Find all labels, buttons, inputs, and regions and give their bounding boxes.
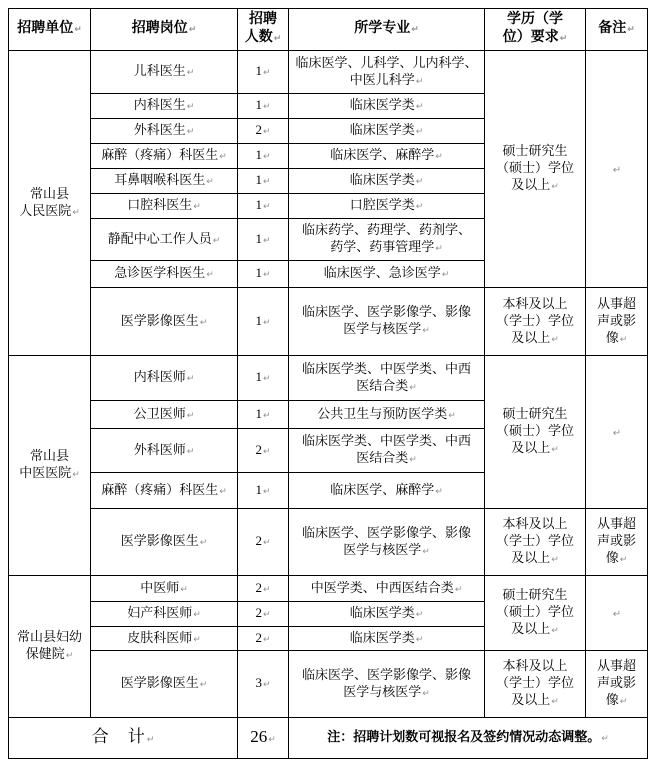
paragraph-mark-icon: ↵ (187, 127, 195, 137)
paragraph-mark-icon: ↵ (263, 318, 271, 328)
cell-text: 中医学类、中西医结合类 (311, 580, 454, 595)
cell-count: 2↵ (238, 627, 289, 651)
cell-note: 从事超 声或影 像↵ (586, 509, 648, 576)
cell-text: 医学影像医生 (121, 533, 199, 548)
table-row: 医学影像医生↵ 2↵ 临床医学、医学影像学、影像 医学与核医学↵ 本科及以上 （… (9, 509, 648, 576)
paragraph-mark-icon: ↵ (455, 585, 463, 595)
cell-position: 儿科医生↵ (91, 51, 238, 94)
paragraph-mark-icon: ↵ (263, 635, 271, 645)
paragraph-mark-icon: ↵ (263, 202, 271, 212)
cell-text: 1 (255, 172, 262, 187)
paragraph-mark-icon: ↵ (187, 102, 195, 112)
cell-text: 2 (255, 533, 262, 548)
cell-text: 1 (255, 369, 262, 384)
cell-text: 口腔医学类 (350, 197, 415, 212)
cell-note: 从事超 声或影 像↵ (586, 288, 648, 356)
cell-count: 2↵ (238, 119, 289, 144)
cell-position: 皮肤科医师↵ (91, 627, 238, 651)
cell-position: 外科医生↵ (91, 119, 238, 144)
cell-position: 口腔科医生↵ (91, 194, 238, 219)
cell-text: 临床医学、儿科学、儿内科学、 中医儿科学 (295, 55, 477, 87)
paragraph-mark-icon: ↵ (206, 177, 214, 187)
cell-text: 1 (255, 313, 262, 328)
paragraph-mark-icon: ↵ (263, 68, 271, 78)
header-row: 招聘单位↵ 招聘岗位↵ 招聘 人数↵ 所学专业↵ 学历（学 位）要求↵ 备注↵ (9, 9, 648, 51)
cell-major: 临床药学、药理学、药剂学、 药学、药事管理学↵ (289, 219, 485, 261)
paragraph-mark-icon: ↵ (268, 735, 276, 745)
paragraph-mark-icon: ↵ (200, 680, 208, 690)
cell-text: 临床医学、急诊医学 (324, 265, 441, 280)
cell-major: 临床医学类↵ (289, 602, 485, 627)
cell-major: 口腔医学类↵ (289, 194, 485, 219)
cell-count: 1↵ (238, 401, 289, 429)
paragraph-mark-icon: ↵ (200, 318, 208, 328)
cell-position: 内科医师↵ (91, 356, 238, 401)
paragraph-mark-icon: ↵ (601, 734, 609, 744)
cell-major: 临床医学、医学影像学、影像 医学与核医学↵ (289, 651, 485, 718)
header-note: 备注↵ (586, 9, 648, 51)
cell-major: 临床医学、医学影像学、影像 医学与核医学↵ (289, 288, 485, 356)
paragraph-mark-icon: ↵ (620, 555, 628, 565)
paragraph-mark-icon: ↵ (627, 25, 635, 35)
paragraph-mark-icon: ↵ (551, 626, 559, 636)
paragraph-mark-icon: ↵ (551, 697, 559, 707)
cell-text: 2 (255, 630, 262, 645)
paragraph-mark-icon: ↵ (189, 25, 197, 35)
cell-text: 合 计 (92, 727, 146, 746)
paragraph-mark-icon: ↵ (620, 697, 628, 707)
cell-text: 2 (255, 122, 262, 137)
cell-major: 临床医学类、中医学类、中西 医结合类↵ (289, 356, 485, 401)
cell-text: 硕士研究生 （硕士）学位 及以上 (496, 406, 574, 455)
paragraph-mark-icon: ↵ (193, 610, 201, 620)
cell-text: 从事超 声或影 像 (597, 658, 636, 707)
cell-count: 1↵ (238, 356, 289, 401)
document-page: 招聘单位↵ 招聘岗位↵ 招聘 人数↵ 所学专业↵ 学历（学 位）要求↵ 备注↵ … (0, 0, 653, 759)
header-education: 学历（学 位）要求↵ (485, 9, 586, 51)
paragraph-mark-icon: ↵ (409, 455, 417, 465)
paragraph-mark-icon: ↵ (560, 34, 568, 44)
paragraph-mark-icon: ↵ (263, 447, 271, 457)
cell-text: 1 (255, 406, 262, 421)
paragraph-mark-icon: ↵ (613, 428, 621, 439)
cell-position: 妇产科医师↵ (91, 602, 238, 627)
paragraph-mark-icon: ↵ (448, 411, 456, 421)
paragraph-mark-icon: ↵ (422, 547, 430, 557)
paragraph-mark-icon: ↵ (187, 447, 195, 457)
paragraph-mark-icon: ↵ (187, 411, 195, 421)
paragraph-mark-icon: ↵ (180, 585, 188, 595)
cell-unit: 常山县 人民医院↵ (9, 51, 91, 356)
cell-text: 常山县 人民医院 (19, 186, 71, 218)
cell-note: ↵ (586, 576, 648, 651)
cell-text: 1 (255, 265, 262, 280)
cell-text: 医学影像医生 (121, 313, 199, 328)
table-row: 常山县 人民医院↵ 儿科医生↵ 1↵ 临床医学、儿科学、儿内科学、 中医儿科学↵… (9, 51, 648, 94)
cell-text: 26 (250, 727, 267, 746)
paragraph-mark-icon: ↵ (263, 610, 271, 620)
total-count-cell: 26↵ (238, 718, 289, 759)
header-text: 学历（学 位）要求 (503, 12, 563, 45)
paragraph-mark-icon: ↵ (435, 487, 443, 497)
paragraph-mark-icon: ↵ (206, 270, 214, 280)
cell-position: 急诊医学科医生↵ (91, 261, 238, 288)
paragraph-mark-icon: ↵ (409, 383, 417, 393)
paragraph-mark-icon: ↵ (435, 152, 443, 162)
cell-major: 临床医学、麻醉学↵ (289, 144, 485, 169)
cell-text: 内科医师 (134, 369, 186, 384)
cell-text: 本科及以上 （学士）学位 及以上 (496, 658, 574, 707)
cell-text: 临床医学、医学影像学、影像 医学与核医学 (302, 525, 471, 557)
cell-major: 临床医学类↵ (289, 119, 485, 144)
paragraph-mark-icon: ↵ (66, 651, 74, 661)
cell-major: 临床医学类↵ (289, 627, 485, 651)
cell-education: 硕士研究生 （硕士）学位 及以上↵ (485, 356, 586, 509)
paragraph-mark-icon: ↵ (422, 689, 430, 699)
cell-position: 中医师↵ (91, 576, 238, 602)
paragraph-mark-icon: ↵ (613, 165, 621, 176)
cell-position: 麻醉（疼痛）科医生↵ (91, 473, 238, 509)
paragraph-mark-icon: ↵ (613, 609, 621, 620)
paragraph-mark-icon: ↵ (187, 374, 195, 384)
paragraph-mark-icon: ↵ (187, 68, 195, 78)
paragraph-mark-icon: ↵ (435, 244, 443, 254)
paragraph-mark-icon: ↵ (551, 335, 559, 345)
paragraph-mark-icon: ↵ (416, 635, 424, 645)
cell-text: 妇产科医师 (127, 605, 192, 620)
cell-major: 临床医学、急诊医学↵ (289, 261, 485, 288)
cell-education: 硕士研究生 （硕士）学位 及以上↵ (485, 51, 586, 288)
paragraph-mark-icon: ↵ (411, 25, 419, 35)
paragraph-mark-icon: ↵ (263, 680, 271, 690)
cell-count: 1↵ (238, 194, 289, 219)
paragraph-mark-icon: ↵ (263, 487, 271, 497)
cell-count: 1↵ (238, 169, 289, 194)
cell-text: 临床药学、药理学、药剂学、 药学、药事管理学 (302, 222, 471, 254)
paragraph-mark-icon: ↵ (263, 374, 271, 384)
cell-text: 临床医学、麻醉学 (330, 147, 434, 162)
cell-text: 常山县 中医医院 (19, 448, 71, 480)
paragraph-mark-icon: ↵ (416, 102, 424, 112)
paragraph-mark-icon: ↵ (263, 102, 271, 112)
cell-major: 临床医学类↵ (289, 94, 485, 119)
cell-education: 硕士研究生 （硕士）学位 及以上↵ (485, 576, 586, 651)
paragraph-mark-icon: ↵ (219, 487, 227, 497)
cell-text: 临床医学类 (350, 172, 415, 187)
cell-text: 儿科医生 (134, 63, 186, 78)
header-count: 招聘 人数↵ (238, 9, 289, 51)
cell-text: 内科医生 (134, 97, 186, 112)
cell-text: 2 (255, 442, 262, 457)
cell-text: 从事超 声或影 像 (597, 516, 636, 565)
header-position: 招聘岗位↵ (91, 9, 238, 51)
cell-text: 静配中心工作人员 (108, 231, 212, 246)
total-label-cell: 合 计↵ (9, 718, 238, 759)
cell-position: 医学影像医生↵ (91, 651, 238, 718)
header-text: 招聘 人数 (245, 12, 277, 45)
cell-text: 口腔科医生 (127, 197, 192, 212)
cell-unit: 常山县妇幼 保健院↵ (9, 576, 91, 718)
header-text: 招聘单位 (17, 21, 73, 36)
cell-major: 临床医学、儿科学、儿内科学、 中医儿科学↵ (289, 51, 485, 94)
paragraph-mark-icon: ↵ (72, 208, 80, 218)
table-row: 医学影像医生↵ 1↵ 临床医学、医学影像学、影像 医学与核医学↵ 本科及以上 （… (9, 288, 648, 356)
cell-text: 外科医师 (134, 442, 186, 457)
paragraph-mark-icon: ↵ (193, 635, 201, 645)
cell-text: 1 (255, 97, 262, 112)
cell-text: 外科医生 (134, 122, 186, 137)
paragraph-mark-icon: ↵ (416, 77, 424, 87)
paragraph-mark-icon: ↵ (263, 270, 271, 280)
paragraph-mark-icon: ↵ (274, 34, 282, 44)
cell-count: 1↵ (238, 144, 289, 169)
cell-text: 临床医学、医学影像学、影像 医学与核医学 (302, 304, 471, 336)
cell-text: 急诊医学科医生 (114, 265, 205, 280)
cell-text: 本科及以上 （学士）学位 及以上 (496, 296, 574, 345)
cell-text: 2 (255, 605, 262, 620)
paragraph-mark-icon: ↵ (416, 127, 424, 137)
paragraph-mark-icon: ↵ (551, 555, 559, 565)
total-row: 合 计↵ 26↵ 注：招聘计划数可视报名及签约情况动态调整。↵ (9, 718, 648, 759)
table-row: 常山县妇幼 保健院↵ 中医师↵ 2↵ 中医学类、中西医结合类↵ 硕士研究生 （硕… (9, 576, 648, 602)
paragraph-mark-icon: ↵ (219, 152, 227, 162)
cell-major: 中医学类、中西医结合类↵ (289, 576, 485, 602)
cell-position: 耳鼻咽喉科医生↵ (91, 169, 238, 194)
cell-count: 1↵ (238, 288, 289, 356)
paragraph-mark-icon: ↵ (416, 177, 424, 187)
cell-text: 注：招聘计划数可视报名及签约情况动态调整。 (327, 729, 600, 744)
cell-unit: 常山县 中医医院↵ (9, 356, 91, 576)
cell-text: 临床医学、麻醉学 (330, 482, 434, 497)
header-text: 备注 (598, 21, 626, 36)
cell-text: 2 (255, 580, 262, 595)
cell-text: 临床医学、医学影像学、影像 医学与核医学 (302, 667, 471, 699)
paragraph-mark-icon: ↵ (74, 25, 82, 35)
cell-position: 外科医师↵ (91, 429, 238, 473)
cell-count: 3↵ (238, 651, 289, 718)
header-text: 所学专业 (354, 21, 410, 36)
cell-major: 临床医学、麻醉学↵ (289, 473, 485, 509)
paragraph-mark-icon: ↵ (263, 127, 271, 137)
recruitment-table: 招聘单位↵ 招聘岗位↵ 招聘 人数↵ 所学专业↵ 学历（学 位）要求↵ 备注↵ … (8, 8, 648, 759)
cell-position: 麻醉（疼痛）科医生↵ (91, 144, 238, 169)
cell-position: 内科医生↵ (91, 94, 238, 119)
table-row: 常山县 中医医院↵ 内科医师↵ 1↵ 临床医学类、中医学类、中西 医结合类↵ 硕… (9, 356, 648, 401)
paragraph-mark-icon: ↵ (416, 610, 424, 620)
paragraph-mark-icon: ↵ (72, 470, 80, 480)
cell-position: 公卫医师↵ (91, 401, 238, 429)
cell-text: 医学影像医生 (121, 675, 199, 690)
paragraph-mark-icon: ↵ (442, 270, 450, 280)
cell-text: 中医师 (140, 580, 179, 595)
cell-count: 2↵ (238, 509, 289, 576)
header-text: 招聘岗位 (132, 21, 188, 36)
cell-note: ↵ (586, 356, 648, 509)
paragraph-mark-icon: ↵ (200, 538, 208, 548)
cell-text: 3 (255, 675, 262, 690)
cell-text: 公共卫生与预防医学类 (317, 406, 447, 421)
cell-text: 临床医学类 (350, 97, 415, 112)
cell-text: 1 (255, 231, 262, 246)
table-row: 医学影像医生↵ 3↵ 临床医学、医学影像学、影像 医学与核医学↵ 本科及以上 （… (9, 651, 648, 718)
cell-count: 1↵ (238, 51, 289, 94)
header-unit: 招聘单位↵ (9, 9, 91, 51)
cell-count: 1↵ (238, 219, 289, 261)
cell-count: 1↵ (238, 473, 289, 509)
cell-major: 公共卫生与预防医学类↵ (289, 401, 485, 429)
cell-text: 皮肤科医师 (127, 630, 192, 645)
cell-note: 从事超 声或影 像↵ (586, 651, 648, 718)
paragraph-mark-icon: ↵ (263, 411, 271, 421)
cell-text: 临床医学类 (350, 630, 415, 645)
cell-text: 本科及以上 （学士）学位 及以上 (496, 516, 574, 565)
cell-text: 1 (255, 482, 262, 497)
cell-text: 1 (255, 197, 262, 212)
cell-count: 2↵ (238, 429, 289, 473)
cell-position: 静配中心工作人员↵ (91, 219, 238, 261)
paragraph-mark-icon: ↵ (551, 182, 559, 192)
paragraph-mark-icon: ↵ (147, 735, 155, 745)
paragraph-mark-icon: ↵ (551, 445, 559, 455)
paragraph-mark-icon: ↵ (263, 177, 271, 187)
cell-note: ↵ (586, 51, 648, 288)
cell-text: 硕士研究生 （硕士）学位 及以上 (496, 587, 574, 636)
cell-text: 耳鼻咽喉科医生 (114, 172, 205, 187)
cell-education: 本科及以上 （学士）学位 及以上↵ (485, 509, 586, 576)
cell-text: 从事超 声或影 像 (597, 296, 636, 345)
cell-text: 硕士研究生 （硕士）学位 及以上 (496, 143, 574, 192)
cell-major: 临床医学类、中医学类、中西 医结合类↵ (289, 429, 485, 473)
cell-count: 2↵ (238, 576, 289, 602)
paragraph-mark-icon: ↵ (213, 236, 221, 246)
header-major: 所学专业↵ (289, 9, 485, 51)
paragraph-mark-icon: ↵ (422, 326, 430, 336)
paragraph-mark-icon: ↵ (620, 335, 628, 345)
paragraph-mark-icon: ↵ (263, 585, 271, 595)
paragraph-mark-icon: ↵ (263, 236, 271, 246)
cell-text: 公卫医师 (134, 406, 186, 421)
paragraph-mark-icon: ↵ (263, 152, 271, 162)
cell-text: 麻醉（疼痛）科医生 (101, 482, 218, 497)
footer-note-cell: 注：招聘计划数可视报名及签约情况动态调整。↵ (289, 718, 648, 759)
cell-position: 医学影像医生↵ (91, 288, 238, 356)
cell-major: 临床医学类↵ (289, 169, 485, 194)
cell-text: 临床医学类、中医学类、中西 医结合类 (302, 433, 471, 465)
cell-text: 1 (255, 147, 262, 162)
cell-text: 1 (255, 63, 262, 78)
cell-education: 本科及以上 （学士）学位 及以上↵ (485, 651, 586, 718)
cell-text: 临床医学类、中医学类、中西 医结合类 (302, 361, 471, 393)
cell-text: 临床医学类 (350, 605, 415, 620)
cell-text: 麻醉（疼痛）科医生 (101, 147, 218, 162)
cell-education: 本科及以上 （学士）学位 及以上↵ (485, 288, 586, 356)
cell-text: 临床医学类 (350, 122, 415, 137)
cell-count: 2↵ (238, 602, 289, 627)
cell-count: 1↵ (238, 261, 289, 288)
paragraph-mark-icon: ↵ (193, 202, 201, 212)
cell-major: 临床医学、医学影像学、影像 医学与核医学↵ (289, 509, 485, 576)
cell-count: 1↵ (238, 94, 289, 119)
paragraph-mark-icon: ↵ (263, 538, 271, 548)
paragraph-mark-icon: ↵ (416, 202, 424, 212)
cell-position: 医学影像医生↵ (91, 509, 238, 576)
